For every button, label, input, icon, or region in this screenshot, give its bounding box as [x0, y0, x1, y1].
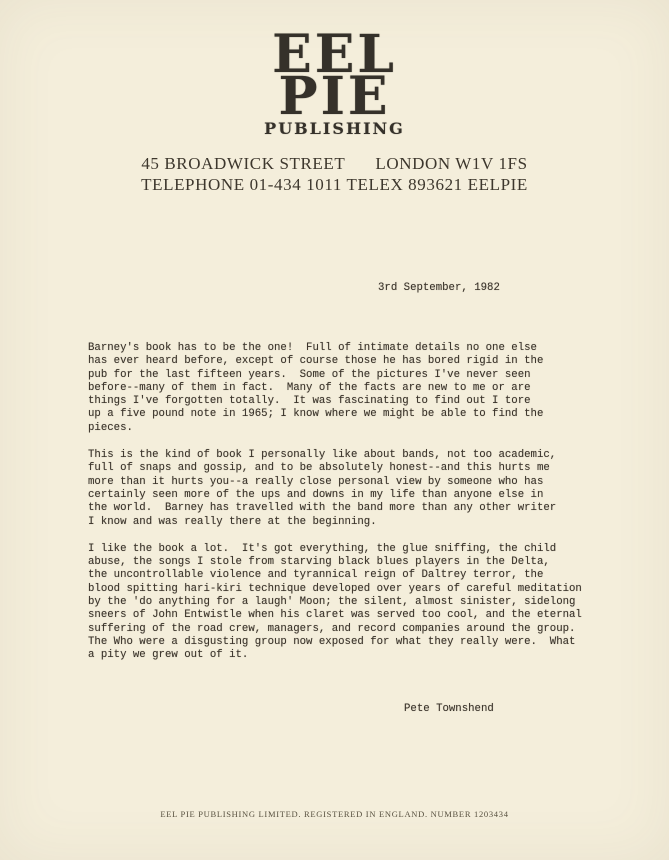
address-line-1: 45 BROADWICK STREETLONDON W1V 1FS [0, 153, 669, 174]
signature: Pete Townshend [404, 703, 494, 716]
paragraph-1: Barney's book has to be the one! Full of… [88, 342, 628, 435]
logo-word-publishing: PUBLISHING [0, 121, 669, 137]
registration-footer: EEL PIE PUBLISHING LIMITED. REGISTERED I… [0, 809, 669, 819]
letter-body: Barney's book has to be the one! Full of… [88, 342, 628, 677]
letter-date: 3rd September, 1982 [378, 282, 500, 295]
letter-page: EEL PIE PUBLISHING 45 BROADWICK STREETLO… [0, 0, 669, 860]
paragraph-3: I like the book a lot. It's got everythi… [88, 543, 628, 663]
paragraph-2: This is the kind of book I personally li… [88, 449, 628, 529]
city-postcode: LONDON W1V 1FS [375, 154, 527, 173]
logo-word-pie: PIE [0, 76, 669, 118]
street-address: 45 BROADWICK STREET [141, 154, 345, 173]
address-line-2: TELEPHONE 01-434 1011 TELEX 893621 EELPI… [0, 174, 669, 195]
letterhead-address: 45 BROADWICK STREETLONDON W1V 1FS TELEPH… [0, 153, 669, 195]
eel-pie-logo: EEL PIE PUBLISHING [0, 34, 669, 137]
